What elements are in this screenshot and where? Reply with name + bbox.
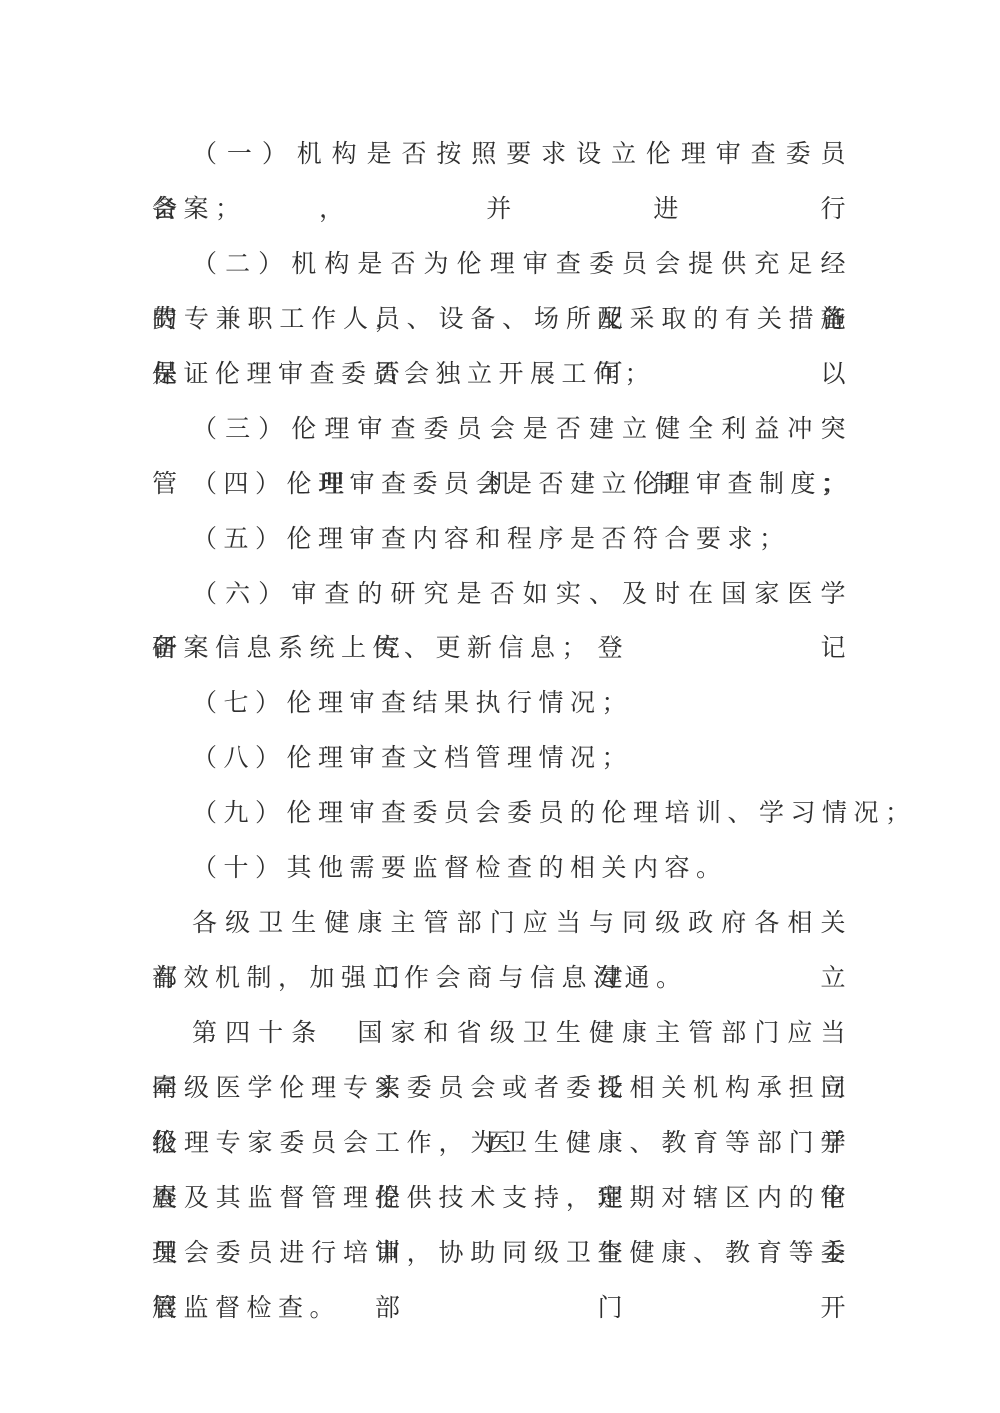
article-40-line-5: 员会委员进行培训，协助同级卫生健康、教育等主管部门开	[152, 1226, 852, 1281]
item-2-line-1: （二）机构是否为伦理审查委员会提供充足经费，配备	[152, 237, 852, 292]
item-9: （九）伦理审查委员会委员的伦理培训、学习情况；	[152, 786, 852, 841]
document-page: （一）机构是否按照要求设立伦理审查委员会，并进行 备案； （二）机构是否为伦理审…	[152, 127, 852, 1336]
item-10: （十）其他需要监督检查的相关内容。	[152, 841, 852, 896]
item-5: （五）伦理审查内容和程序是否符合要求；	[152, 512, 852, 567]
article-40-line-4: 查及其监督管理提供技术支持，定期对辖区内的伦理审查委	[152, 1171, 852, 1226]
item-2-line-2: 的专兼职工作人员、设备、场所及采取的有关措施是否可以	[152, 292, 852, 347]
article-40-line-3: 伦理专家委员会工作，为卫生健康、教育等部门开展伦理审	[152, 1116, 852, 1171]
article-40-line-2: 同级医学伦理专家委员会或者委托相关机构承担同级医学	[152, 1061, 852, 1116]
article-40-line-1: 第四十条 国家和省级卫生健康主管部门应当牵头设立	[152, 1006, 852, 1061]
item-6-line-1: （六）审查的研究是否如实、及时在国家医学研究登记	[152, 567, 852, 622]
item-3: （三）伦理审查委员会是否建立健全利益冲突管理机制；	[152, 402, 852, 457]
coordination-paragraph-line-1: 各级卫生健康主管部门应当与同级政府各相关部门建立	[152, 896, 852, 951]
item-1-line-1: （一）机构是否按照要求设立伦理审查委员会，并进行	[152, 127, 852, 182]
item-4: （四）伦理审查委员会是否建立伦理审查制度；	[152, 457, 852, 512]
item-7: （七）伦理审查结果执行情况；	[152, 676, 852, 731]
item-8: （八）伦理审查文档管理情况；	[152, 731, 852, 786]
